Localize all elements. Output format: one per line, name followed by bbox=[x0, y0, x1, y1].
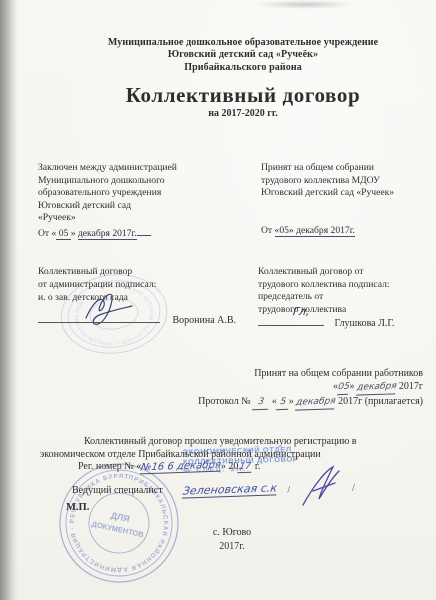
reg-tail: г. bbox=[252, 461, 260, 472]
reg-number-label: Рег. номер № « bbox=[78, 461, 141, 472]
footer-place: с. Югово bbox=[168, 526, 296, 540]
reg-year-handwritten: 17 bbox=[238, 462, 254, 473]
union-sign-line: трудового коллектива подписал: bbox=[258, 279, 433, 292]
date-close: » bbox=[71, 228, 78, 239]
party-admin-line: Юговский детский сад bbox=[38, 200, 238, 213]
footer-block: с. Югово 2017г. bbox=[168, 526, 296, 553]
protocol-line: Протокол № 3 «5» декабря 2017г (прилагае… bbox=[198, 395, 423, 410]
document-term: на 2017-2020 гг. bbox=[60, 107, 426, 120]
admin-signature-row: Воронина А.В. bbox=[38, 311, 236, 326]
slash-mark: / bbox=[287, 485, 290, 496]
admin-signer-name: Воронина А.В. bbox=[173, 315, 237, 326]
specialist-label: Ведущий специалист bbox=[72, 485, 163, 496]
party-admin-line: Муниципального дошкольного bbox=[38, 175, 238, 188]
signature-line bbox=[258, 314, 324, 326]
document-title: Коллективный договор bbox=[60, 83, 426, 107]
blank-underline bbox=[137, 225, 151, 236]
protocol-month-handwritten: декабря bbox=[295, 395, 337, 410]
date-day: «05» bbox=[275, 225, 294, 237]
scan-smudge bbox=[255, 0, 355, 9]
protocol-number-handwritten: 3 bbox=[252, 396, 270, 411]
specialist-row: Ведущий специалист Зеленовская с.к / bbox=[72, 483, 290, 497]
footer-year: 2017г. bbox=[168, 540, 296, 554]
mp-seal-label: М.П. bbox=[66, 502, 89, 513]
admin-sign-line: Коллективный договор bbox=[38, 266, 238, 279]
registration-line2: экономическом отделе Прибайкальской райо… bbox=[40, 449, 321, 460]
quote-close: » bbox=[350, 381, 355, 392]
adoption-year: 2017г bbox=[399, 381, 423, 392]
adoption-title: Принят на общем собрании работников bbox=[198, 367, 423, 380]
org-name-line3: Прибайкальского района bbox=[60, 62, 426, 74]
signature-glushkova: Гл, bbox=[292, 305, 311, 319]
protocol-day-handwritten: 5 bbox=[276, 396, 290, 410]
registration-number-row: Рег. номер № «№16 6 декабря» 2017 г. bbox=[78, 461, 260, 473]
party-union-line: трудового коллектива МДОУ bbox=[261, 175, 431, 188]
slash-mark: / bbox=[352, 483, 355, 494]
union-sign-line: председатель от bbox=[258, 291, 433, 304]
union-signature-block: Коллективный договор от трудового коллек… bbox=[258, 266, 433, 316]
date-prefix: От « bbox=[38, 228, 56, 239]
party-admin-date: От « 05 » декабря 2017г. bbox=[38, 225, 238, 241]
adoption-date: «05» декабря 2017г bbox=[198, 380, 423, 395]
big-stamp-center-line2: ДОКУМЕНТОВ bbox=[91, 519, 145, 539]
party-union-line: Принят на общем собрании bbox=[261, 162, 431, 175]
protocol-label: Протокол № bbox=[198, 396, 251, 407]
union-signer-name: Глушкова Л.Г. bbox=[335, 318, 395, 329]
party-admin-block: Заключен между администрацией Муниципаль… bbox=[38, 162, 238, 241]
scan-edge-shadow bbox=[0, 0, 18, 600]
signature-flourish bbox=[295, 465, 347, 509]
date-day: 05 bbox=[56, 228, 70, 240]
reg-number-handwritten: №16 6 декабря bbox=[140, 460, 222, 475]
union-sign-line: Коллективный договор от bbox=[258, 266, 433, 279]
adoption-block: Принят на общем собрании работников «05»… bbox=[198, 367, 423, 410]
adoption-day-handwritten: 05 bbox=[337, 381, 350, 395]
union-signature-row: Глушкова Л.Г. bbox=[258, 314, 395, 329]
date-rest: декабря 2017г. bbox=[294, 225, 355, 237]
registration-line1: Коллективный договор прошел уведомительн… bbox=[84, 436, 357, 447]
signature-line bbox=[38, 311, 160, 323]
party-union-block: Принят на общем собрании трудового колле… bbox=[261, 162, 431, 200]
date-rest: декабря 2017г. bbox=[78, 228, 137, 240]
document-header: Муниципальное дошкольное образовательное… bbox=[60, 37, 426, 120]
reg-year-prefix: » 20 bbox=[221, 461, 239, 472]
party-union-line: Юговский детский сад «Ручеек» bbox=[261, 187, 431, 200]
org-name-line1: Муниципальное дошкольное образовательное… bbox=[60, 37, 426, 49]
party-admin-line: образовательного учреждения bbox=[38, 187, 238, 200]
scanned-document-page: Муниципальное дошкольное образовательное… bbox=[0, 0, 436, 600]
protocol-tail: 2017г (прилагается) bbox=[338, 396, 423, 407]
adoption-month-handwritten: декабря bbox=[356, 380, 398, 395]
party-admin-line: «Ручеек» bbox=[38, 212, 238, 225]
date-prefix: От bbox=[261, 225, 275, 236]
party-union-date: От «05» декабря 2017г. bbox=[261, 225, 355, 238]
big-stamp-center-line1: ДЛЯ bbox=[110, 510, 131, 524]
specialist-signature-handwritten: Зеленовская с.к bbox=[182, 481, 278, 498]
party-admin-line: Заключен между администрацией bbox=[38, 162, 238, 175]
org-name-line2: Юговский детский сад «Ручеёк» bbox=[60, 49, 426, 61]
